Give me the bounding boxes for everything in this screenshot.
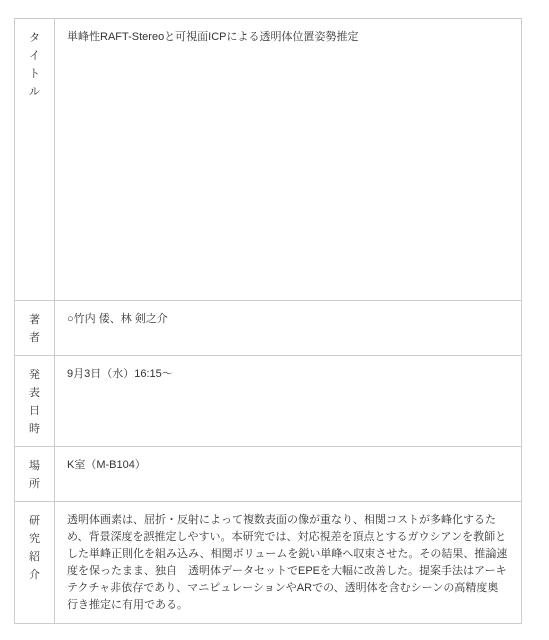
row-title-label: タ イ ト ル bbox=[15, 19, 55, 301]
row-abstract-label: 研 究 紹 介 bbox=[15, 502, 55, 624]
row-location-content: K室（M-B104） bbox=[55, 447, 522, 502]
row-datetime: 発 表 日 時 9月3日（水）16:15～ bbox=[15, 356, 522, 447]
row-title-content: 単峰性RAFT-Stereoと可視面ICPによる透明体位置姿勢推定 bbox=[55, 19, 522, 301]
row-datetime-content: 9月3日（水）16:15～ bbox=[55, 356, 522, 447]
row-authors-label: 著 者 bbox=[15, 301, 55, 356]
row-abstract: 研 究 紹 介 透明体画素は、屈折・反射によって複数表面の像が重なり、相関コスト… bbox=[15, 502, 522, 624]
presentation-info-table: タ イ ト ル 単峰性RAFT-Stereoと可視面ICPによる透明体位置姿勢推… bbox=[14, 18, 522, 624]
row-location: 場 所 K室（M-B104） bbox=[15, 447, 522, 502]
row-authors-content: ○竹内 倭、林 剣之介 bbox=[55, 301, 522, 356]
row-abstract-content: 透明体画素は、屈折・反射によって複数表面の像が重なり、相関コストが多峰化するため… bbox=[55, 502, 522, 624]
row-location-label: 場 所 bbox=[15, 447, 55, 502]
page: { "page": { "background": "#ffffff", "te… bbox=[0, 0, 549, 640]
row-datetime-label: 発 表 日 時 bbox=[15, 356, 55, 447]
row-title: タ イ ト ル 単峰性RAFT-Stereoと可視面ICPによる透明体位置姿勢推… bbox=[15, 19, 522, 301]
row-authors: 著 者 ○竹内 倭、林 剣之介 bbox=[15, 301, 522, 356]
